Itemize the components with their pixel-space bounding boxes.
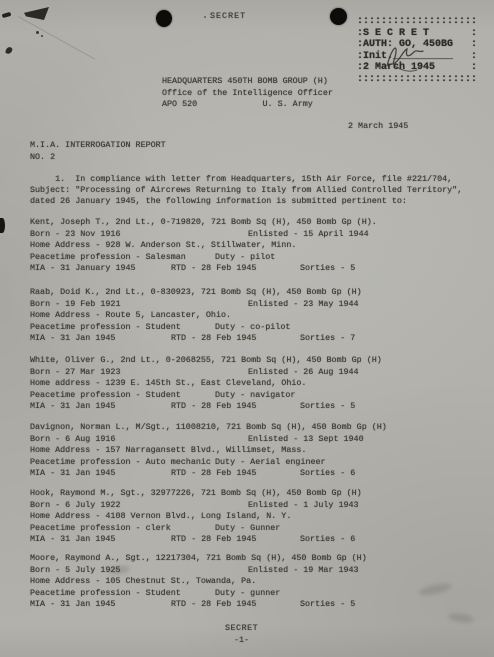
personnel-entry: Davignon, Norman L., M/Sgt., 11008210, 7… <box>30 422 480 480</box>
entry-name-line: Raab, Doid K., 2nd Lt., 0-830923, 721 Bo… <box>30 287 480 299</box>
entry-enlisted: Enlisted - 26 Aug 1944 <box>248 367 359 379</box>
entry-sorties: Sorties - 6 <box>300 534 355 546</box>
entry-profession: Peacetime profession - Student <box>30 322 181 332</box>
ink-smudge-dash <box>2 12 12 18</box>
entry-name-line: Kent, Joseph T., 2nd Lt., 0-719820, 721 … <box>30 217 480 229</box>
personnel-entry: Kent, Joseph T., 2nd Lt., 0-719820, 721 … <box>30 217 480 275</box>
entry-rtd: RTD - 28 Feb 1945 <box>171 401 256 413</box>
document-page: SECRET :::::::::::::::::::: :S E C R E T… <box>0 0 494 657</box>
entry-enlisted: Enlisted - 13 Sept 1940 <box>248 434 364 446</box>
ink-smudge-comma <box>5 46 13 55</box>
entry-sorties: Sorties - 5 <box>300 263 355 275</box>
entry-duty: Duty - co-pilot <box>215 322 290 334</box>
document-date: 2 March 1945 <box>348 121 408 131</box>
entry-duty: Duty - Aerial engineer <box>215 457 326 469</box>
personnel-entry: White, Oliver G., 2nd Lt., 0-2068255, 72… <box>30 355 480 413</box>
report-heading: M.I.A. INTERROGATION REPORT NO. 2 <box>30 140 166 163</box>
entry-name-line: White, Oliver G., 2nd Lt., 0-2068255, 72… <box>30 355 480 367</box>
entry-enlisted: Enlisted - 19 Mar 1943 <box>248 565 359 577</box>
page-number: -1- <box>234 635 249 645</box>
letterhead-line1: HEADQUARTERS 450TH BOMB GROUP (H) <box>162 76 333 88</box>
entry-born: Born - 23 Nov 1916 <box>30 229 120 239</box>
entry-born: Born - 27 Mar 1923 <box>30 367 120 377</box>
entry-home-address: Home Address - 157 Narragansett Blvd., W… <box>30 445 480 457</box>
entry-enlisted: Enlisted - 1 July 1943 <box>248 500 359 512</box>
entry-profession: Peacetime profession - clerk <box>30 523 171 533</box>
paragraph-line: 1. In compliance with letter from Headqu… <box>30 174 462 185</box>
entry-born: Born - 5 July 1925 <box>30 565 120 575</box>
paper-smudge <box>448 612 475 624</box>
entry-profession: Peacetime profession - Salesman <box>30 252 186 262</box>
edge-ink-blob <box>0 218 5 233</box>
classification-top: SECRET <box>210 11 246 21</box>
entry-name-line: Moore, Raymond A., Sgt., 12217304, 721 B… <box>30 553 480 565</box>
compliance-paragraph: 1. In compliance with letter from Headqu… <box>30 174 462 206</box>
entry-profession: Peacetime profession - Student <box>30 390 181 400</box>
stamp-classification: :S E C R E T : <box>357 28 477 40</box>
ink-speck <box>41 35 43 37</box>
entry-rtd: RTD - 28 Feb 1945 <box>171 468 256 480</box>
classification-footer: SECRET <box>225 623 258 633</box>
entry-mia: MIA - 31 Jan 1945 <box>30 333 115 343</box>
ink-speck <box>36 31 39 34</box>
punch-hole <box>330 8 347 25</box>
entry-home-address: Home Address - Route 5, Lancaster, Ohio. <box>30 310 480 322</box>
entry-duty: Duty - gunner <box>215 588 280 600</box>
entry-home-address: Home Address - 105 Chestnut St., Towanda… <box>30 576 480 588</box>
entry-mia: MIA - 31 Jan 1945 <box>30 599 115 609</box>
entry-born: Born - 6 Aug 1916 <box>30 434 115 444</box>
entry-sorties: Sorties - 5 <box>300 599 355 611</box>
letterhead-line3: APO 520 U. S. Army <box>162 99 333 111</box>
entry-duty: Duty - pilot <box>215 252 275 264</box>
entry-sorties: Sorties - 7 <box>300 333 355 345</box>
letterhead: HEADQUARTERS 450TH BOMB GROUP (H) Office… <box>162 76 333 111</box>
entry-profession: Peacetime profession - Student <box>30 588 181 598</box>
entry-mia: MIA - 31 Jan 1945 <box>30 401 115 411</box>
letterhead-line2: Office of the Intelligence Officer <box>162 88 333 100</box>
entry-profession: Peacetime profession - Auto mechanic <box>30 457 211 467</box>
personnel-entry: Hook, Raymond M., Sgt., 32977226, 721 Bo… <box>30 488 480 546</box>
ink-smudge-arrow <box>24 7 49 20</box>
report-title: M.I.A. INTERROGATION REPORT <box>30 140 166 152</box>
entry-name-line: Hook, Raymond M., Sgt., 32977226, 721 Bo… <box>30 488 480 500</box>
initials-signature <box>379 40 443 76</box>
entry-home-address: Home Address - 4108 Vernon Blvd., Long I… <box>30 511 480 523</box>
entry-home-address: Home Address - 928 W. Anderson St., Stil… <box>30 240 480 252</box>
entry-duty: Duty - navigator <box>215 390 295 402</box>
entry-mia: MIA - 31 Jan 1945 <box>30 468 115 478</box>
entry-rtd: RTD - 28 Feb 1945 <box>171 333 256 345</box>
ink-dot <box>204 16 206 18</box>
entry-mia: MIA - 31 Jan 1945 <box>30 534 115 544</box>
entry-name-line: Davignon, Norman L., M/Sgt., 11008210, 7… <box>30 422 480 434</box>
entry-home-address: Home address - 1239 E. 145th St., East C… <box>30 378 480 390</box>
paragraph-line: Subject: "Processing of Aircrews Returni… <box>30 185 462 196</box>
personnel-entry: Moore, Raymond A., Sgt., 12217304, 721 B… <box>30 553 480 611</box>
entry-enlisted: Enlisted - 15 April 1944 <box>248 229 369 241</box>
secret-auth-stamp: :::::::::::::::::::: :S E C R E T : :AUT… <box>357 16 477 85</box>
entry-enlisted: Enlisted - 23 May 1944 <box>248 299 359 311</box>
pencil-scratch <box>18 16 95 60</box>
entry-mia: MIA - 31 January 1945 <box>30 263 136 273</box>
stamp-border-top: :::::::::::::::::::: <box>357 16 477 28</box>
entry-sorties: Sorties - 5 <box>300 401 355 413</box>
entry-sorties: Sorties - 6 <box>300 468 355 480</box>
paragraph-line: dated 26 January 1945, the following inf… <box>30 196 462 207</box>
entry-rtd: RTD - 28 Feb 1945 <box>171 263 256 275</box>
punch-hole <box>156 10 172 27</box>
report-number: NO. 2 <box>30 152 166 164</box>
entry-rtd: RTD - 28 Feb 1945 <box>171 599 256 611</box>
entry-duty: Duty - Gunner <box>215 523 280 535</box>
entry-born: Born - 6 July 1922 <box>30 500 120 510</box>
entry-rtd: RTD - 28 Feb 1945 <box>171 534 256 546</box>
entry-born: Born - 19 Feb 1921 <box>30 299 120 309</box>
personnel-entry: Raab, Doid K., 2nd Lt., 0-830923, 721 Bo… <box>30 287 480 345</box>
